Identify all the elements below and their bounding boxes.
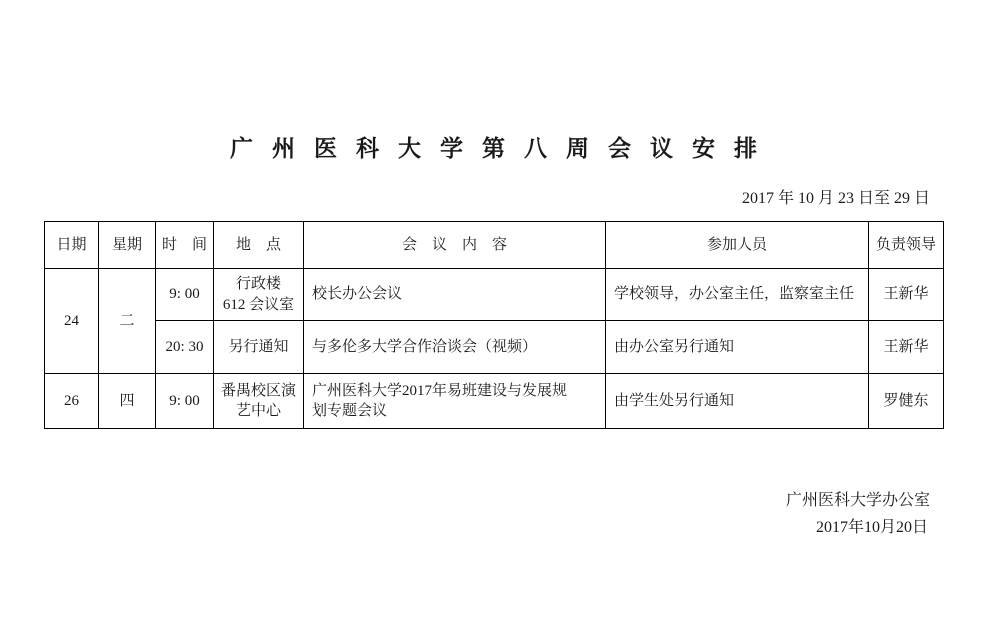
cell-leader: 王新华	[869, 321, 944, 374]
cell-location: 另行通知	[214, 321, 304, 374]
header-time: 时 间	[156, 222, 214, 269]
cell-content: 广州医科大学2017年易班建设与发展规划专题会议	[304, 374, 606, 429]
header-weekday: 星期	[99, 222, 156, 269]
table-row: 26 四 9: 00 番禺校区演艺中心 广州医科大学2017年易班建设与发展规划…	[45, 374, 944, 429]
date-range-line: 2017 年 10 月 23 日至 29 日	[742, 185, 930, 208]
table-row: 24 二 9: 00 行政楼 612 会议室 校长办公会议 学校领导，办公室主任…	[45, 269, 944, 321]
cell-time: 9: 00	[156, 269, 214, 321]
cell-time: 20: 30	[156, 321, 214, 374]
header-date: 日期	[45, 222, 99, 269]
cell-weekday: 四	[99, 374, 156, 429]
document-page: 广州医科大学第八周会议安排 2017 年 10 月 23 日至 29 日 日期 …	[0, 0, 987, 618]
header-content: 会 议 内 容	[304, 222, 606, 269]
cell-time: 9: 00	[156, 374, 214, 429]
cell-content: 与多伦多大学合作洽谈会（视频）	[304, 321, 606, 374]
table-row: 20: 30 另行通知 与多伦多大学合作洽谈会（视频） 由办公室另行通知 王新华	[45, 321, 944, 374]
cell-leader: 王新华	[869, 269, 944, 321]
cell-content: 校长办公会议	[304, 269, 606, 321]
header-leader: 负责领导	[869, 222, 944, 269]
cell-weekday: 二	[99, 269, 156, 374]
cell-date: 26	[45, 374, 99, 429]
footer-signature-date: 2017年10月20日	[816, 514, 928, 537]
header-participants: 参加人员	[606, 222, 869, 269]
cell-location: 行政楼 612 会议室	[214, 269, 304, 321]
header-location: 地 点	[214, 222, 304, 269]
cell-date: 24	[45, 269, 99, 374]
footer-signature-org: 广州医科大学办公室	[786, 487, 930, 510]
cell-participants: 学校领导，办公室主任，监察室主任	[606, 269, 869, 321]
cell-participants: 由办公室另行通知	[606, 321, 869, 374]
meeting-schedule-table: 日期 星期 时 间 地 点 会 议 内 容 参加人员 负责领导 24 二 9: …	[44, 221, 944, 429]
cell-participants: 由学生处另行通知	[606, 374, 869, 429]
document-title: 广州医科大学第八周会议安排	[0, 130, 987, 163]
cell-leader: 罗健东	[869, 374, 944, 429]
cell-location: 番禺校区演艺中心	[214, 374, 304, 429]
table-header-row: 日期 星期 时 间 地 点 会 议 内 容 参加人员 负责领导	[45, 222, 944, 269]
